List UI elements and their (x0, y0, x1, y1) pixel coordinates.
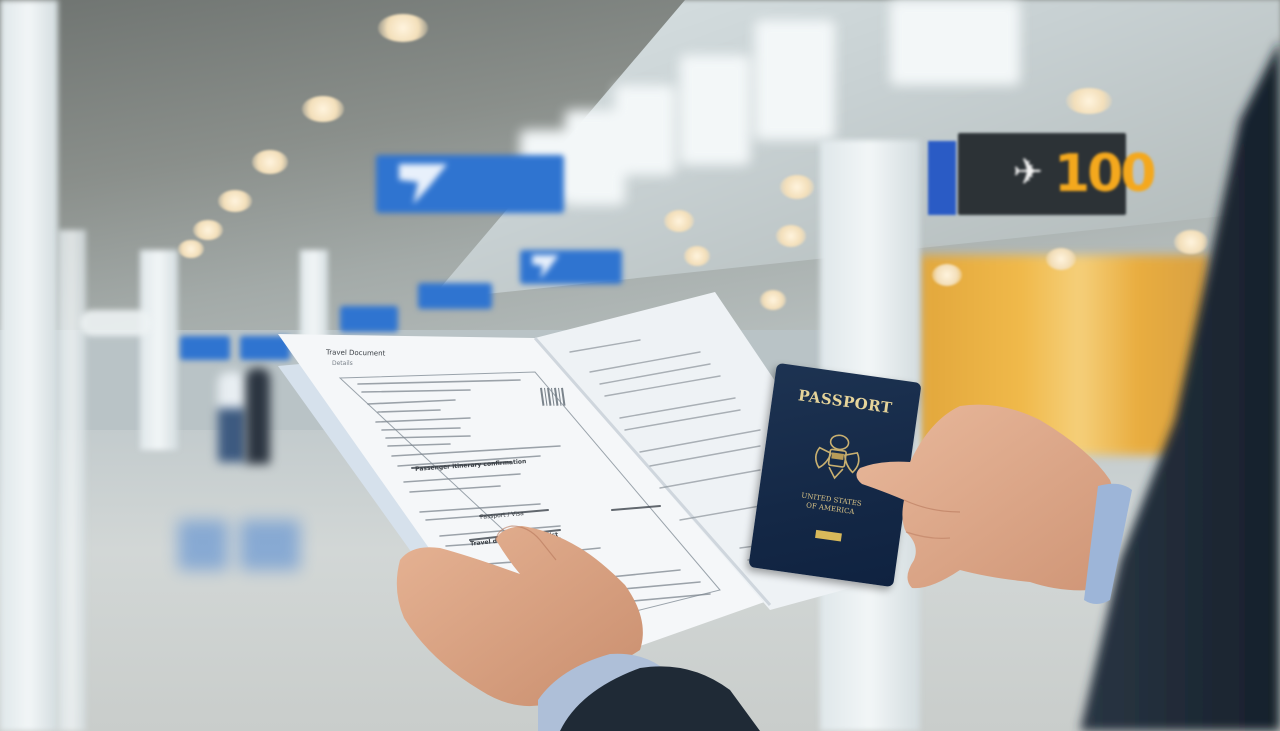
hands-and-sleeves (0, 0, 1280, 731)
right-hand (856, 405, 1120, 591)
photo-scene: ✈ 100 (0, 0, 1280, 731)
